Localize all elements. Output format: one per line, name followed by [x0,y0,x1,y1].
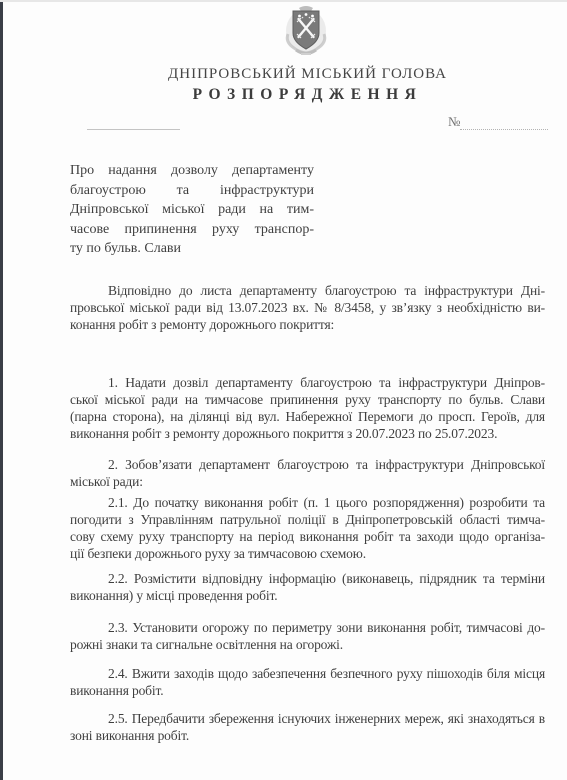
paragraph-item-2-5: 2.5. Передбачити збереження існуючих інж… [70,710,545,744]
paragraph-line: 2.2. Розмістити відповідну інформацію (в… [70,570,545,587]
organization-name: ДНІПРОВСЬКИЙ МІСЬКИЙ ГОЛОВА [70,66,545,83]
subject-line: часове припинення руху транспор- [70,220,314,240]
paragraph-line: рожні знаки та сигнальне освітлення на о… [70,636,545,653]
date-line [87,129,180,130]
paragraph-line: сову схему руху транспорту на період вик… [70,528,545,545]
subject-line: Про надання дозволу департаменту [70,161,314,181]
paragraph-line: ської міської ради на тимчасове припинен… [70,391,545,408]
document-number-field: № [448,114,548,130]
paragraph-line: виконання робіт з ремонту дорожнього пок… [70,425,545,442]
paragraph-line: 2.5. Передбачити збереження існуючих інж… [70,710,545,727]
paragraph-item-2-1: 2.1. До початку виконання робіт (п. 1 ць… [70,494,545,562]
scan-left-edge [0,0,3,780]
paragraph-item-2-4: 2.4. Вжити заходів щодо забезпечення без… [70,665,545,699]
paragraph-line: Відповідно до листа департаменту благоус… [70,282,545,299]
paragraph-item-2-2: 2.2. Розмістити відповідну інформацію (в… [70,570,545,604]
city-coat-of-arms-icon [283,4,329,56]
paragraph-line: зоні виконання робіт. [70,727,545,744]
paragraph-line: 1. Надати дозвіл департаменту благоустро… [70,374,545,391]
document-type-title: РОЗПОРЯДЖЕННЯ [70,86,545,104]
paragraph-item-1: 1. Надати дозвіл департаменту благоустро… [70,374,545,442]
scanned-document-page: ДНІПРОВСЬКИЙ МІСЬКИЙ ГОЛОВА РОЗПОРЯДЖЕНН… [0,0,567,780]
paragraph-line: виконання) у місці проведення робіт. [70,587,545,604]
scan-top-edge [0,0,567,2]
subject-line: ту по бульв. Слави [70,239,314,259]
paragraph-line: конання робіт з ремонту дорожнього покри… [70,316,545,333]
paragraph-intro: Відповідно до листа департаменту благоус… [70,282,545,333]
paragraph-line: (парна сторона), на ділянці від вул. Наб… [70,408,545,425]
number-line [460,116,548,130]
paragraph-item-2-3: 2.3. Установити огорожу по периметру зон… [70,619,545,653]
number-label: № [448,114,460,129]
paragraph-line: 2. Зобов’язати департамент благоустрою т… [70,456,545,473]
subject-line: Дніпровської міської ради на тим- [70,200,314,220]
paragraph-line: ції безпеки дорожнього руху за тимчасово… [70,545,545,562]
paragraph-line: міської ради: [70,473,545,490]
paragraph-line: 2.1. До початку виконання робіт (п. 1 ць… [70,494,545,511]
paragraph-item-2: 2. Зобов’язати департамент благоустрою т… [70,456,545,490]
subject-line: благоустрою та інфраструктури [70,181,314,201]
paragraph-line: провської міської ради від 13.07.2023 вх… [70,299,545,316]
paragraph-line: виконання робіт. [70,682,545,699]
paragraph-line: погодити з Управлінням патрульної поліці… [70,511,545,528]
paragraph-line: 2.3. Установити огорожу по периметру зон… [70,619,545,636]
subject-block: Про надання дозволу департаменту благоус… [70,161,314,259]
paragraph-line: 2.4. Вжити заходів щодо забезпечення без… [70,665,545,682]
